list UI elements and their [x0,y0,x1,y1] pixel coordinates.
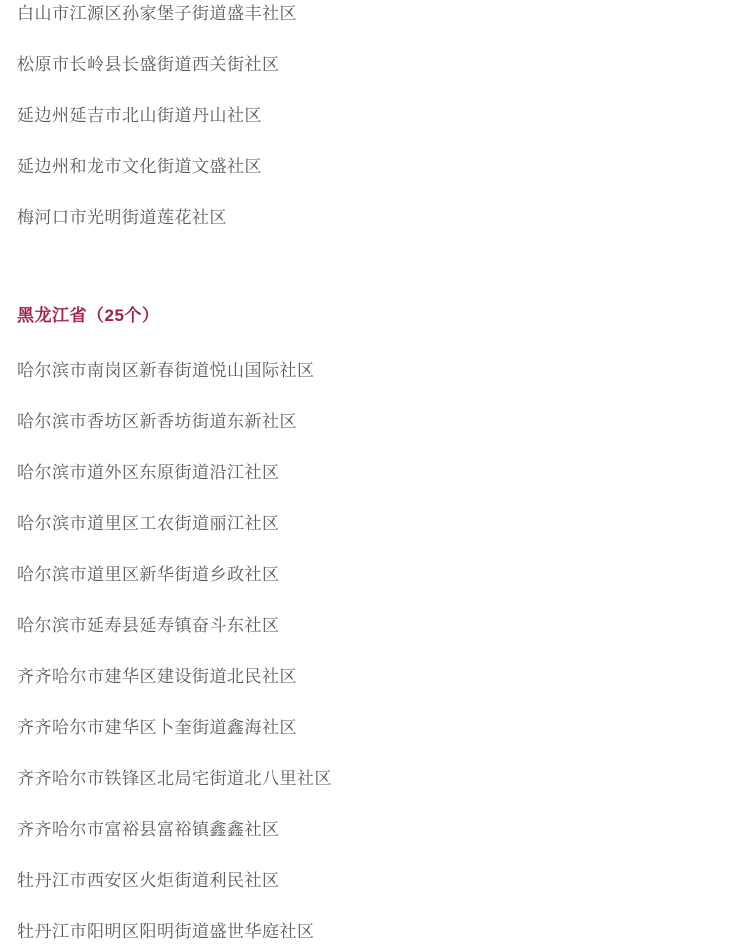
article-page: 白山市江源区孙家堡子街道盛丰社区 松原市长岭县长盛街道西关街社区 延边州延吉市北… [0,0,729,949]
community-list-item: 梅河口市光明街道莲花社区 [17,204,709,231]
community-list-item: 哈尔滨市南岗区新春街道悦山国际社区 [17,357,709,384]
article-body: 白山市江源区孙家堡子街道盛丰社区 松原市长岭县长盛街道西关街社区 延边州延吉市北… [0,0,729,945]
community-list-item: 哈尔滨市道里区新华街道乡政社区 [17,561,709,588]
community-list-item: 延边州和龙市文化街道文盛社区 [17,153,709,180]
section-gap [17,255,709,302]
community-list-item: 齐齐哈尔市建华区建设街道北民社区 [17,663,709,690]
community-list-item: 延边州延吉市北山街道丹山社区 [17,102,709,129]
community-list-item: 齐齐哈尔市铁锋区北局宅街道北八里社区 [17,765,709,792]
community-list-item: 哈尔滨市道外区东原街道沿江社区 [17,459,709,486]
community-list-item: 哈尔滨市香坊区新香坊街道东新社区 [17,408,709,435]
community-list-item: 哈尔滨市道里区工农街道丽江社区 [17,510,709,537]
community-list-item: 齐齐哈尔市建华区卜奎街道鑫海社区 [17,714,709,741]
community-list-item: 牡丹江市西安区火炬街道利民社区 [17,867,709,894]
section-heading-heilongjiang: 黑龙江省（25个） [17,302,709,329]
community-list-item: 齐齐哈尔市富裕县富裕镇鑫鑫社区 [17,816,709,843]
community-list-item: 白山市江源区孙家堡子街道盛丰社区 [17,0,709,27]
community-list-item: 哈尔滨市延寿县延寿镇奋斗东社区 [17,612,709,639]
community-list-item: 松原市长岭县长盛街道西关街社区 [17,51,709,78]
community-list-item: 牡丹江市阳明区阳明街道盛世华庭社区 [17,918,709,945]
